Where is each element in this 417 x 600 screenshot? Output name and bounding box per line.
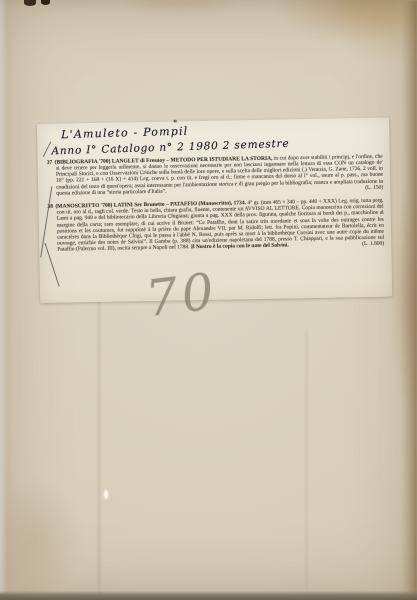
- ink-blot-top-left-2: [41, 0, 50, 5]
- page-torn-right-edge: [401, 0, 417, 600]
- handwritten-note-line1: L'Amuleto - Pompil: [61, 125, 189, 142]
- entry-number: 37: [47, 160, 53, 166]
- scanned-page-photo: L'Amuleto - Pompil " Anno I° Catalogo n°…: [0, 0, 417, 600]
- ink-slash-mark: [43, 142, 52, 158]
- handwritten-note-line2: Anno I° Catalogo n° 2 1980 2 semestre: [51, 138, 289, 158]
- ink-blot-top-left: [24, 0, 36, 6]
- page-bottom-edge: [0, 591, 417, 600]
- paper-crease: [97, 295, 101, 595]
- catalog-entry-38: 38 (MANOSCRITTO '700) LATINI Ser Brunett…: [47, 198, 384, 254]
- catalog-entry-37: 37 (BIBLIOGRAFIA '700) LANGLET di Fresno…: [47, 154, 384, 197]
- entry-bold-tail: Il Nostro è la copia con le note del Sal…: [191, 243, 289, 251]
- page-left-edge: [0, 0, 7, 600]
- pencil-lot-number: 70: [143, 262, 221, 328]
- paper-fleck: [104, 490, 108, 499]
- handwritten-tick-mark: ": [173, 119, 177, 129]
- entry-number: 38: [47, 204, 53, 210]
- printed-catalog-text: 37 (BIBLIOGRAFIA '700) LANGLET di Fresno…: [47, 154, 385, 261]
- paper-crease-2: [305, 330, 308, 590]
